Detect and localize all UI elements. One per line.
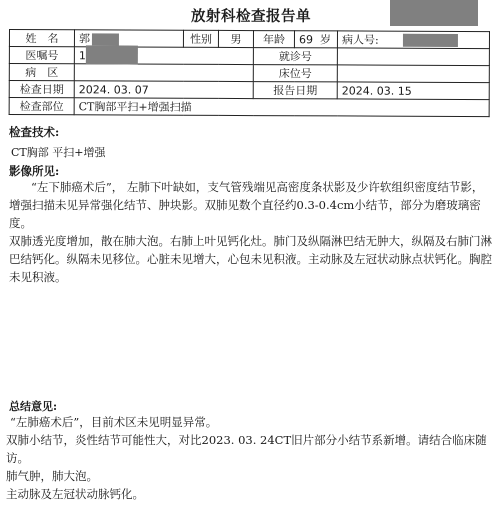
order-no-label: 医嘱号 bbox=[9, 47, 74, 64]
findings-line: “左下肺癌术后”， 左肺下叶缺如，支气管残端见高密度条状影及少许软组织密度结节影… bbox=[9, 178, 501, 196]
conclusion-line: 双肺小结节，炎性结节可能性大，对比2023. 03. 24CT旧片部分小结节系新… bbox=[6, 431, 498, 449]
conclusion-line: 访。 bbox=[6, 449, 498, 467]
visit-no-value bbox=[337, 48, 489, 66]
ward-value bbox=[74, 64, 253, 82]
findings-line: 巴结钙化。纵隔未见移位。心脏未见增大，心包未见积液。主动脉及左冠状动脉点状钙化。… bbox=[9, 250, 501, 268]
redacted-name bbox=[92, 33, 119, 45]
findings-body: “左下肺癌术后”， 左肺下叶缺如，支气管残端见高密度条状影及少许软组织密度结节影… bbox=[9, 178, 501, 286]
conclusion-line: 主动脉及左冠状动脉钙化。 bbox=[6, 485, 498, 503]
findings-line: 未见积液。 bbox=[9, 268, 501, 286]
name-label: 姓 名 bbox=[9, 30, 74, 47]
technique-heading: 检查技术: bbox=[9, 124, 59, 140]
gender-label: 性别 bbox=[183, 30, 218, 47]
redacted-barcode bbox=[390, 0, 478, 26]
redacted-patient-id bbox=[403, 34, 458, 47]
conclusion-line: “左肺癌术后”，目前术区未见明显异常。 bbox=[6, 413, 498, 431]
bed-no-label: 床位号 bbox=[253, 65, 337, 82]
age-label: 年龄 bbox=[253, 31, 294, 48]
exam-date-value: 2024. 03. 07 bbox=[74, 81, 253, 99]
visit-no-label: 就诊号 bbox=[253, 48, 337, 65]
order-no-value: 1 bbox=[74, 47, 253, 65]
ward-label: 病 区 bbox=[9, 64, 74, 81]
exam-site-label: 检查部位 bbox=[9, 98, 74, 115]
technique-text: CT胸部 平扫+增强 bbox=[11, 144, 105, 162]
report-date-value: 2024. 03. 15 bbox=[337, 82, 489, 100]
bed-no-value bbox=[337, 65, 489, 83]
findings-heading: 影像所见: bbox=[9, 163, 59, 179]
findings-line: 双肺透光度增加，散在肺大泡。右肺上叶见钙化灶。肺门及纵隔淋巴结无肿大，纵隔及右肺… bbox=[9, 232, 501, 250]
gender-value: 男 bbox=[218, 30, 253, 47]
findings-line: 增强扫描未见异常强化结节、肿块影。双肺见数个直径约0.3-0.4cm小结节，部分… bbox=[9, 196, 501, 232]
report-date-label: 报告日期 bbox=[253, 82, 337, 99]
conclusion-heading: 总结意见: bbox=[9, 398, 57, 414]
age-value: 69 岁 bbox=[294, 31, 337, 48]
exam-date-label: 检查日期 bbox=[9, 81, 74, 98]
patient-id-field: 病人号: bbox=[337, 31, 489, 49]
conclusion-line: 肺气肿，肺大泡。 bbox=[6, 467, 498, 485]
conclusion-body: “左肺癌术后”，目前术区未见明显异常。 双肺小结节，炎性结节可能性大，对比202… bbox=[6, 413, 498, 503]
patient-info-table: 姓 名 郭 性别 男 年龄 69 岁 病人号: 医嘱号 1 就诊号 病 区 床位… bbox=[9, 29, 490, 117]
exam-site-value: CT胸部平扫+增强扫描 bbox=[74, 98, 489, 117]
redacted-order-no bbox=[86, 45, 138, 64]
